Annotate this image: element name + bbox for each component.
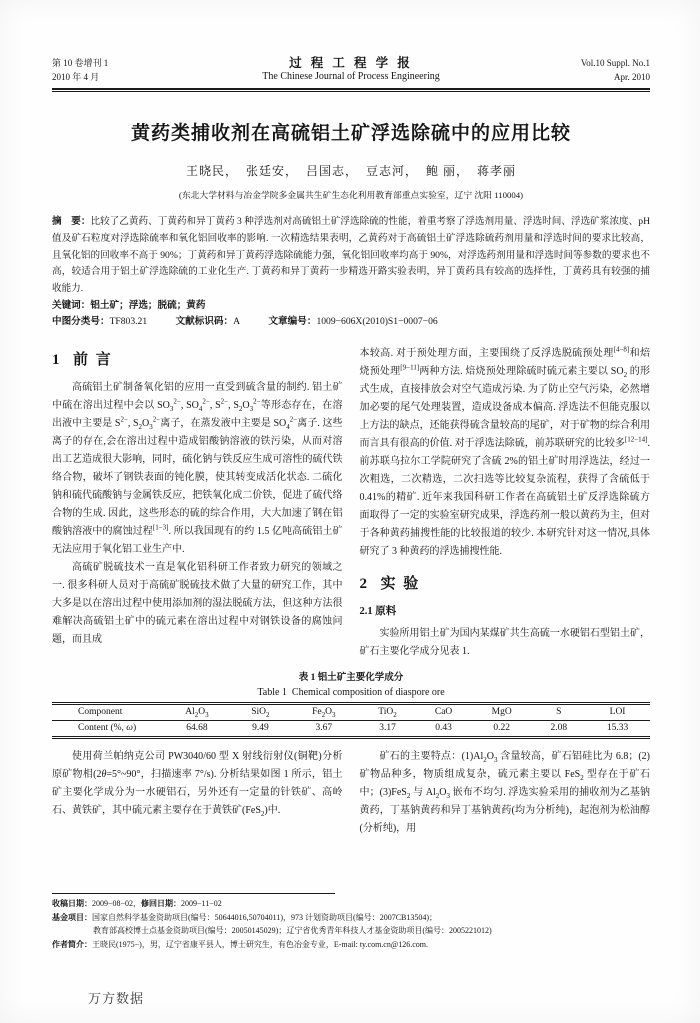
received-date-line: 收稿日期：2009−08−02，修回日期：2009−11−02	[52, 897, 650, 911]
header-divider	[52, 88, 650, 92]
xrd-paragraph: 使用荷兰帕纳克公司 PW3040/60 型 X 射线衍射仪(铜靶)分析原矿物相(…	[52, 748, 343, 820]
table-1: Component Al2O3 SiO2 Fe2O3 TiO2 CaO MgO …	[52, 702, 650, 739]
section-2-1-paragraph: 实验所用铝土矿为国内某煤矿共生高硫一水硬铝石型铝土矿，矿石主要化学成分见表 1.	[360, 625, 651, 661]
section-1-paragraph-2: 高硫矿脱硫技术一直是氧化铝科研工作者致力研究的领域之一. 很多科研人员对于高硫矿…	[52, 559, 343, 649]
fund-line-1: 基金项目：国家自然科学基金资助项目(编号：50644016,50704011)，…	[52, 911, 650, 925]
paper-title: 黄药类捕收剂在高硫铝土矿浮选除硫中的应用比较	[52, 118, 650, 145]
table-1-value-mgo: 0.22	[471, 720, 532, 737]
clc-label: 中图分类号：	[52, 316, 110, 327]
clc-line: 中图分类号：TF803.21 文献标识码：A 文章编号：1009−606X(20…	[52, 314, 650, 331]
section-2-heading: 2 实 验	[360, 575, 651, 593]
articleid-value: 1009−606X(2010)S1−0007−06	[316, 316, 437, 327]
keywords: 关键词：铝土矿；浮选；脱硫；黄药	[52, 298, 650, 315]
journal-name-cn: 过 程 工 程 学 报	[182, 56, 520, 70]
clc-value: TF803.21	[110, 316, 148, 327]
body-columns: 1 前 言 高硫铝土矿制备氧化铝的应用一直受到硫含量的制约. 铝土矿中硫在溶出过…	[52, 345, 650, 661]
table-1-value-tio2: 3.17	[359, 720, 416, 737]
volume-line-cn: 第 10 卷增刊 1	[52, 56, 182, 70]
section-2-1-heading: 2.1 原料	[360, 603, 651, 621]
section-1-continuation: 本较高. 对于预处理方面，主要围绕了反浮选脱硫预处理[4−8]和焙烧预处理[9−…	[360, 345, 651, 561]
paper-page: 第 10 卷增刊 1 2010 年 4 月 过 程 工 程 学 报 The Ch…	[0, 0, 700, 1023]
author-bio-line: 作者简介：王晓民(1975−)，男，辽宁省康平县人，博士研究生，有色冶金专业，E…	[52, 938, 650, 952]
fund-line-2: 教育部高校博士点基金资助项目(编号：20050145029)；辽宁省优秀青年科技…	[52, 924, 650, 938]
section-1-heading: 1 前 言	[52, 351, 343, 369]
keywords-label: 关键词：	[52, 300, 90, 311]
table-1-caption-en: Table 1 Chemical composition of diaspore…	[52, 685, 650, 700]
bottom-left-column: 使用荷兰帕纳克公司 PW3040/60 型 X 射线衍射仪(铜靶)分析原矿物相(…	[52, 748, 343, 838]
table-1-value-fe2o3: 3.67	[289, 720, 359, 737]
table-1-header-mgo: MgO	[471, 703, 532, 720]
journal-name: 过 程 工 程 学 报 The Chinese Journal of Proce…	[182, 56, 520, 84]
author-list: 王晓民， 张廷安， 吕国志， 豆志河， 鲍 丽， 蒋孝丽	[52, 162, 650, 179]
table-1-header-sio2: SiO2	[232, 703, 289, 720]
doccode-label: 文献标识码：	[176, 316, 234, 327]
volume-line-en: Vol.10 Suppl. No.1	[520, 56, 650, 70]
table-1-header-fe2o3: Fe2O3	[289, 703, 359, 720]
abstract-text: 比较了乙黄药、丁黄药和异丁黄药 3 种浮选剂对高硫铝土矿浮选除硫的性能，着重考察…	[52, 216, 650, 294]
table-1-header-s: S	[532, 703, 585, 720]
table-1-header-tio2: TiO2	[359, 703, 416, 720]
table-1-content-row: Content (%, ω) 64.68 9.49 3.67 3.17 0.43…	[52, 720, 650, 737]
table-1-value-s: 2.08	[532, 720, 585, 737]
table-1-header-al2o3: Al2O3	[162, 703, 232, 720]
doccode-value: A	[233, 316, 240, 327]
keywords-text: 铝土矿；浮选；脱硫；黄药	[90, 300, 205, 311]
journal-header: 第 10 卷增刊 1 2010 年 4 月 过 程 工 程 学 报 The Ch…	[52, 56, 650, 84]
table-1-value-loi: 15.33	[585, 720, 650, 737]
affiliation: (东北大学材料与冶金学院多金属共生矿生态化利用教育部重点实验室，辽宁 沈阳 11…	[52, 188, 650, 201]
wanfang-watermark: 万方数据	[88, 988, 144, 1007]
section-1-paragraph-1: 高硫铝土矿制备氧化铝的应用一直受到硫含量的制约. 铝土矿中硫在溶出过程中会以 S…	[52, 379, 343, 559]
abstract-label: 摘 要：	[52, 216, 90, 227]
table-1-row-label: Content (%, ω)	[52, 720, 162, 737]
right-column: 本较高. 对于预处理方面，主要围绕了反浮选脱硫预处理[4−8]和焙烧预处理[9−…	[360, 345, 651, 661]
table-1-value-al2o3: 64.68	[162, 720, 232, 737]
bottom-columns: 使用荷兰帕纳克公司 PW3040/60 型 X 射线衍射仪(铜靶)分析原矿物相(…	[52, 748, 650, 838]
table-1-value-sio2: 9.49	[232, 720, 289, 737]
journal-volume-cn: 第 10 卷增刊 1 2010 年 4 月	[52, 56, 182, 84]
table-1-header-component: Component	[52, 703, 162, 720]
journal-name-en: The Chinese Journal of Process Engineeri…	[182, 70, 520, 84]
table-1-block: 表 1 铝土矿主要化学成分 Table 1 Chemical compositi…	[52, 671, 650, 739]
table-1-header-row: Component Al2O3 SiO2 Fe2O3 TiO2 CaO MgO …	[52, 703, 650, 720]
journal-volume-en: Vol.10 Suppl. No.1 Apr. 2010	[520, 56, 650, 84]
table-1-caption-cn: 表 1 铝土矿主要化学成分	[52, 671, 650, 685]
abstract: 摘 要：比较了乙黄药、丁黄药和异丁黄药 3 种浮选剂对高硫铝土矿浮选除硫的性能，…	[52, 214, 650, 298]
table-1-value-cao: 0.43	[416, 720, 471, 737]
date-line-en: Apr. 2010	[520, 70, 650, 84]
bottom-right-column: 矿石的主要特点：(1)Al2O3 含量较高，矿石铝硅比为 6.8；(2)矿物品种…	[360, 748, 651, 838]
footnote-divider	[52, 893, 335, 894]
left-column: 1 前 言 高硫铝土矿制备氧化铝的应用一直受到硫含量的制约. 铝土矿中硫在溶出过…	[52, 345, 343, 661]
ore-features-paragraph: 矿石的主要特点：(1)Al2O3 含量较高，矿石铝硅比为 6.8；(2)矿物品种…	[360, 748, 651, 838]
table-1-header-cao: CaO	[416, 703, 471, 720]
table-1-header-loi: LOI	[585, 703, 650, 720]
footnotes: 收稿日期：2009−08−02，修回日期：2009−11−02 基金项目：国家自…	[52, 893, 650, 951]
articleid-label: 文章编号：	[268, 316, 316, 327]
date-line-cn: 2010 年 4 月	[52, 70, 182, 84]
